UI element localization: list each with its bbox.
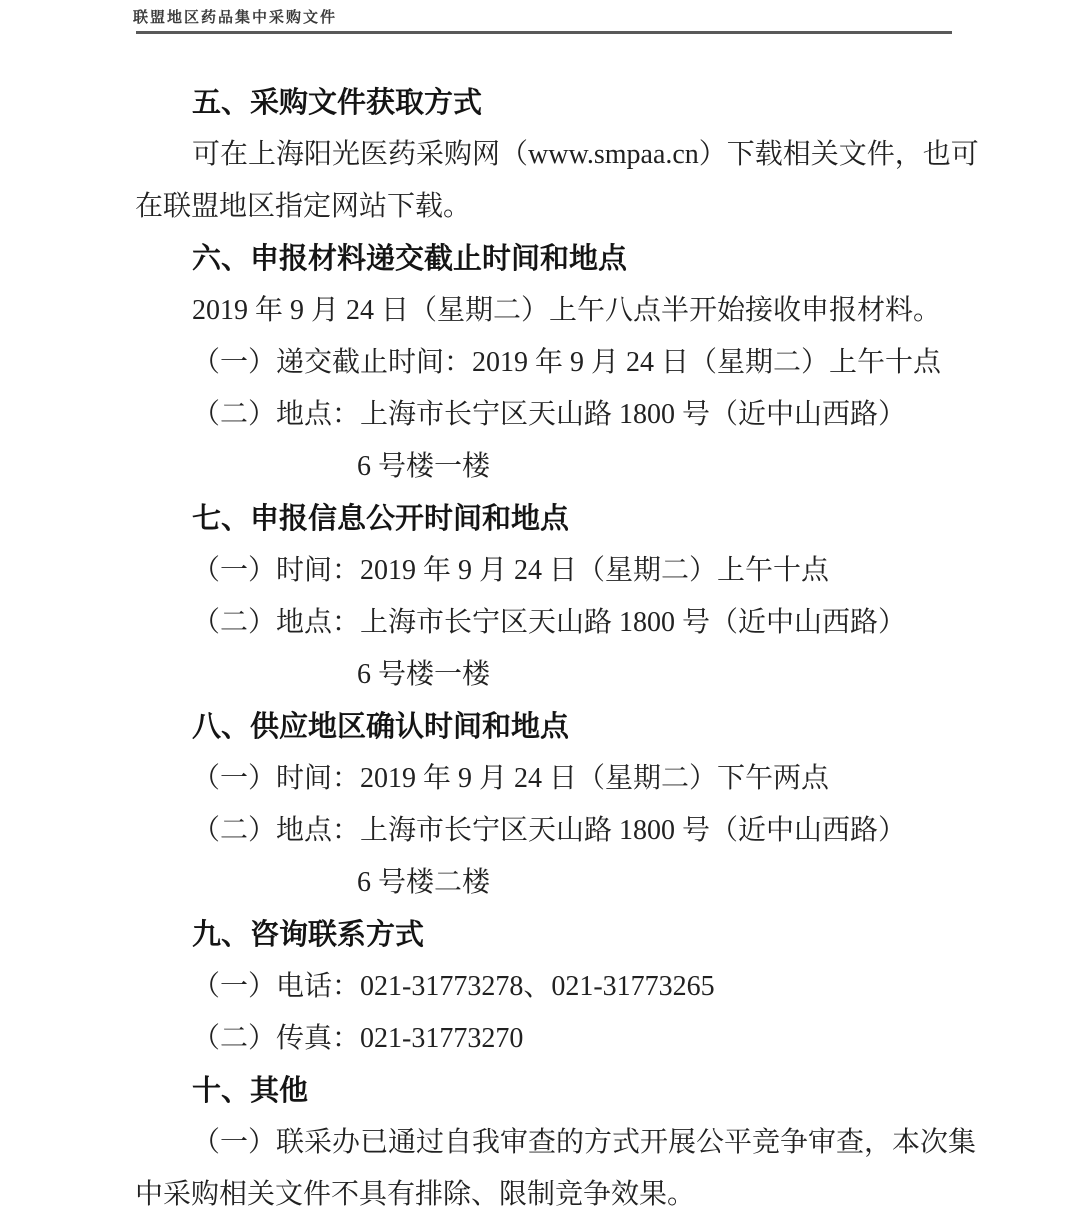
document-line: 在联盟地区指定网站下载。 xyxy=(135,181,955,233)
document-line: （一）电话：021-31773278、021-31773265 xyxy=(135,961,955,1013)
section-heading: 十、其他 xyxy=(135,1065,955,1117)
section-heading: 五、采购文件获取方式 xyxy=(135,77,955,129)
document-line: （二）地点：上海市长宁区天山路 1800 号（近中山西路） xyxy=(135,597,955,649)
document-line: （一）递交截止时间：2019 年 9 月 24 日（星期二）上午十点 xyxy=(135,337,955,389)
document-line: 6 号楼一楼 xyxy=(135,441,955,493)
document-line: 2019 年 9 月 24 日（星期二）上午八点半开始接收申报材料。 xyxy=(135,285,955,337)
page-header-title: 联盟地区药品集中采购文件 xyxy=(133,6,337,27)
document-body: 五、采购文件获取方式可在上海阳光医药采购网（www.smpaa.cn）下载相关文… xyxy=(135,77,955,1221)
document-line: （一）联采办已通过自我审查的方式开展公平竞争审查，本次集 xyxy=(135,1117,955,1169)
document-line: 6 号楼一楼 xyxy=(135,649,955,701)
section-heading: 八、供应地区确认时间和地点 xyxy=(135,701,955,753)
document-line: （二）地点：上海市长宁区天山路 1800 号（近中山西路） xyxy=(135,389,955,441)
document-line: （一）时间：2019 年 9 月 24 日（星期二）下午两点 xyxy=(135,753,955,805)
document-line: 6 号楼二楼 xyxy=(135,857,955,909)
section-heading: 九、咨询联系方式 xyxy=(135,909,955,961)
header-rule xyxy=(136,31,952,34)
section-heading: 七、申报信息公开时间和地点 xyxy=(135,493,955,545)
document-line: （一）时间：2019 年 9 月 24 日（星期二）上午十点 xyxy=(135,545,955,597)
document-line: 中采购相关文件不具有排除、限制竞争效果。 xyxy=(135,1169,955,1221)
document-line: （二）地点：上海市长宁区天山路 1800 号（近中山西路） xyxy=(135,805,955,857)
document-line: （二）传真：021-31773270 xyxy=(135,1013,955,1065)
section-heading: 六、申报材料递交截止时间和地点 xyxy=(135,233,955,285)
document-page: 联盟地区药品集中采购文件 五、采购文件获取方式可在上海阳光医药采购网（www.s… xyxy=(0,0,1080,1232)
document-line: 可在上海阳光医药采购网（www.smpaa.cn）下载相关文件，也可 xyxy=(135,129,955,181)
